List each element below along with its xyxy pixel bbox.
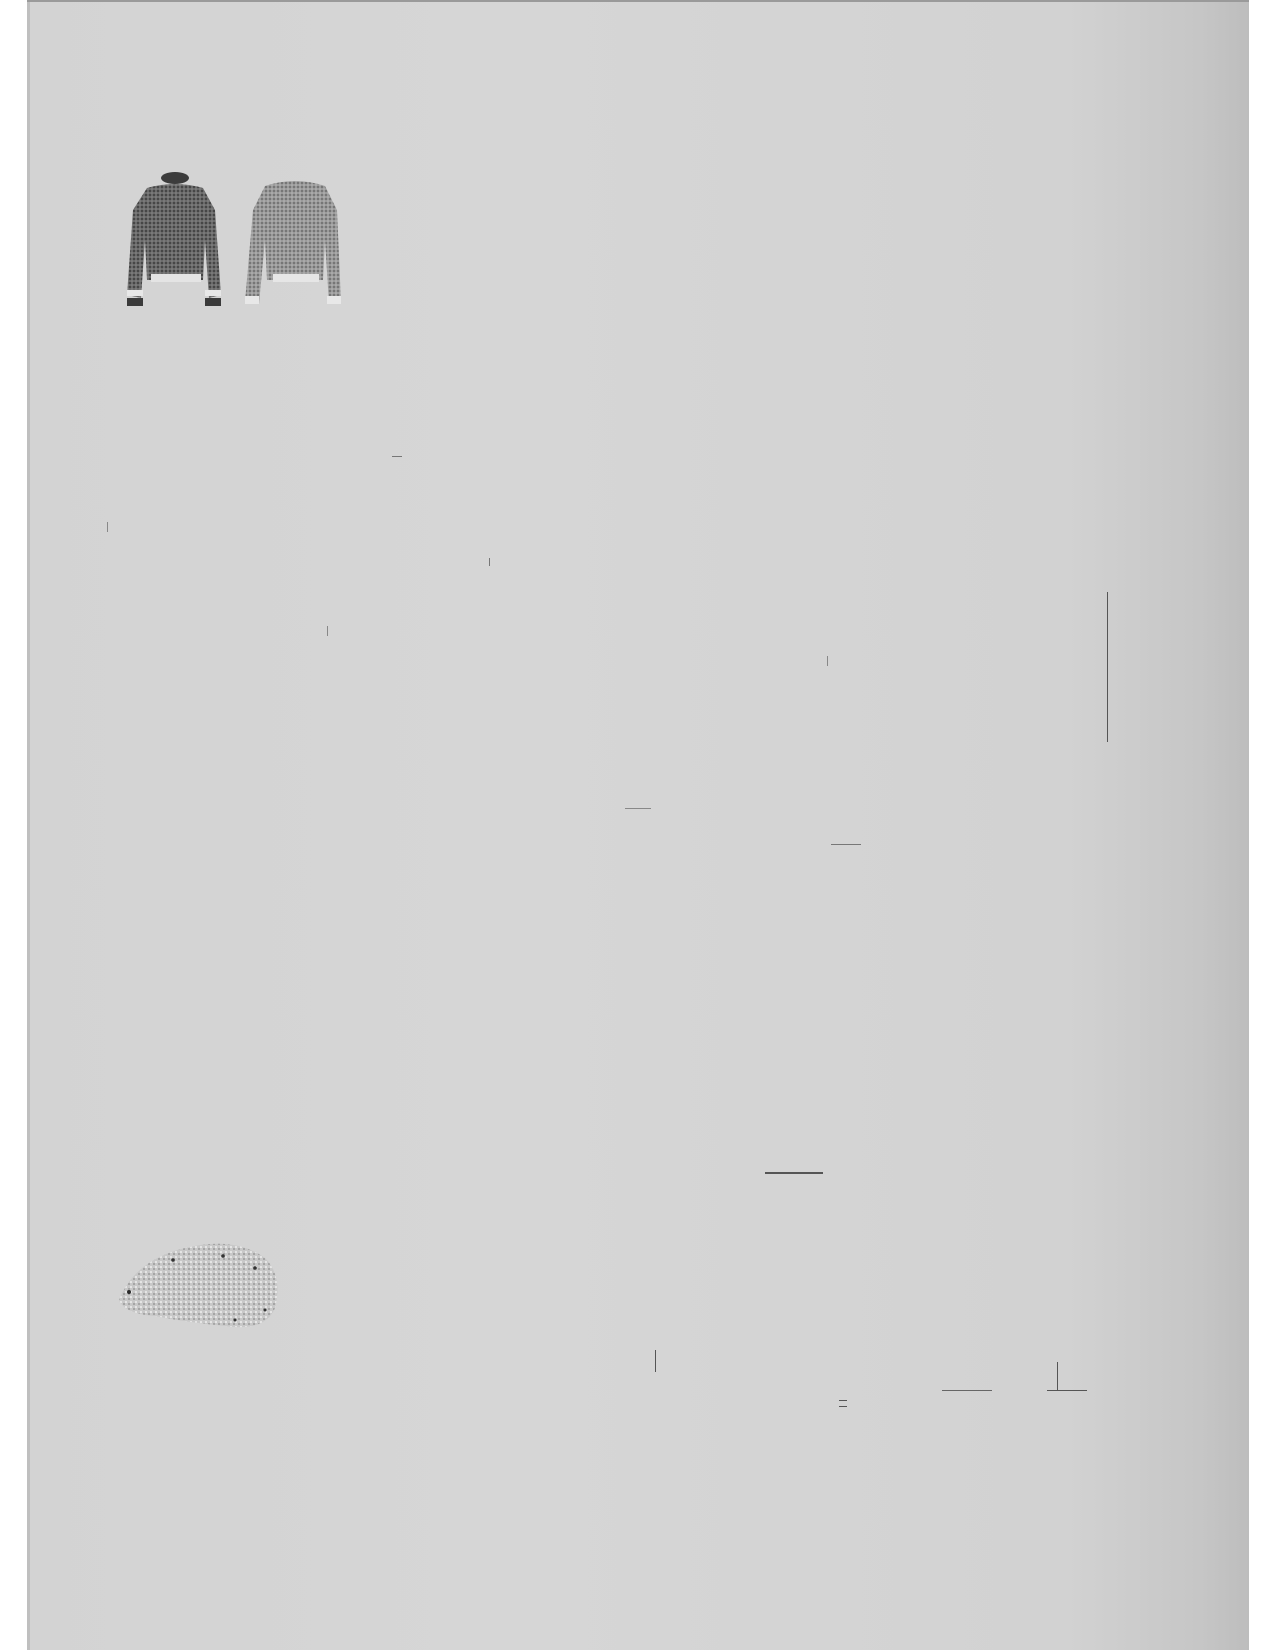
- scan-artifact: [831, 844, 861, 845]
- scan-artifact: [489, 558, 490, 566]
- scan-artifact: [1057, 1362, 1058, 1390]
- jacket-front-illustration: [117, 170, 227, 315]
- scan-artifact: [655, 1350, 656, 1372]
- jacket-back-illustration: [237, 170, 347, 315]
- scan-artifact: [942, 1390, 992, 1391]
- scan-artifact: [392, 456, 402, 457]
- scan-artifact: [827, 656, 828, 666]
- fur-piece-illustration: [115, 1230, 285, 1340]
- scan-artifact: [1107, 592, 1108, 742]
- scan-artifact: [839, 1400, 847, 1401]
- scan-artifact: [765, 1172, 823, 1174]
- scan-artifact: [107, 522, 108, 532]
- scan-artifact: [839, 1406, 847, 1407]
- scan-artifact: [1047, 1390, 1087, 1391]
- scan-artifact: [327, 626, 328, 636]
- scan-artifact: [625, 808, 651, 809]
- scanned-page: [27, 0, 1249, 1650]
